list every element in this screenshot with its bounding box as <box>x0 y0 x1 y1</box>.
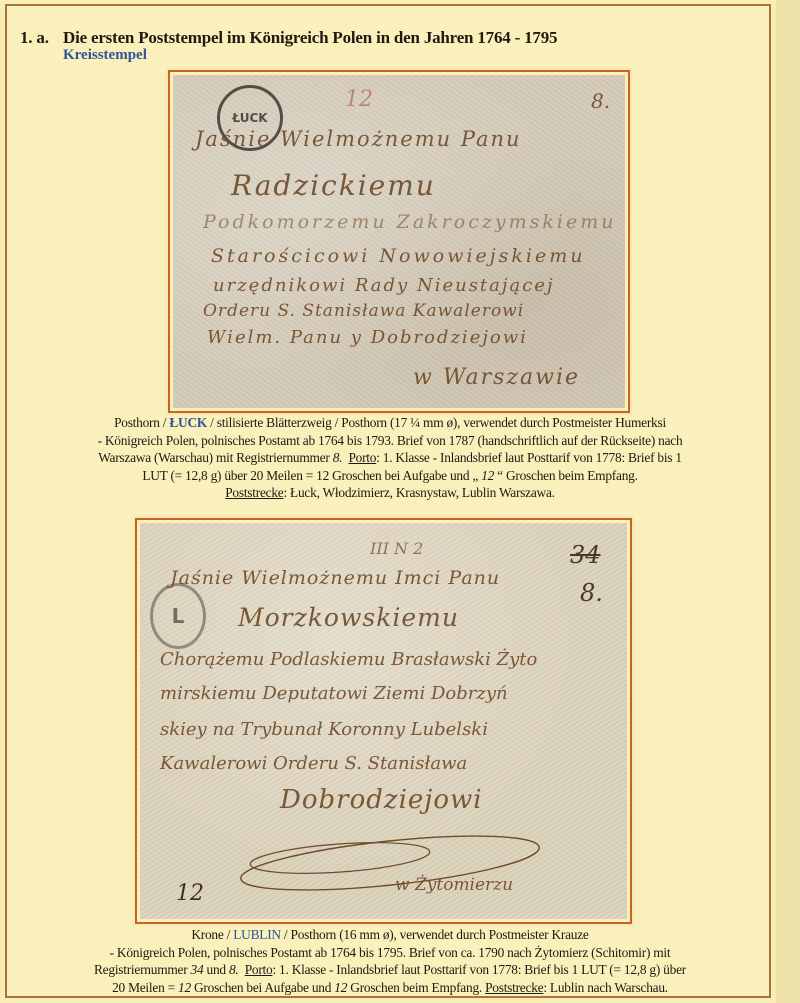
rate-marking-red: 12 <box>345 87 373 112</box>
town-name-lublin: LUBLIN <box>233 927 281 942</box>
address-line: Dobrodziejowi <box>280 785 483 815</box>
registration-number-crossed: 34 <box>570 541 601 569</box>
address-line: Wielm. Panu y Dobrodziejowi <box>207 327 528 348</box>
rate-marking: 12 <box>176 881 204 906</box>
cover-caption-lublin: Krone / LUBLIN / Posthorn (16 mm ø), ver… <box>10 926 770 996</box>
cover-image-luck: ŁUCK 12 8. Jaśnie Wielmożnemu Panu Radzi… <box>168 70 630 413</box>
page-title: 1. a.Die ersten Poststempel im Königreic… <box>20 28 557 48</box>
address-line: Kawalerowi Orderu S. Stanisława <box>160 753 467 774</box>
address-line: Podkomorzemu Zakroczymskiemu <box>203 211 616 233</box>
page-edge-strip <box>776 0 800 1003</box>
registration-number: 8. <box>591 89 610 113</box>
address-line: skiey na Trybunał Koronny Lubelski <box>160 719 488 740</box>
town-name-luck: ŁUCK <box>169 415 207 430</box>
cover-caption-luck: Posthorn / ŁUCK / stilisierte Blätterzwe… <box>10 414 770 502</box>
poststrecke-label: Poststrecke <box>225 485 283 500</box>
address-line: Morzkowskiemu <box>238 603 459 632</box>
registration-number: 8. <box>580 579 603 607</box>
porto-label: Porto <box>245 962 273 977</box>
top-center-marking: III N 2 <box>370 539 423 558</box>
address-line: mirskiemu Deputatowi Ziemi Dobrzyń <box>160 683 508 704</box>
address-line: Jaśnie Wielmożnemu Imci Panu <box>170 567 500 589</box>
address-line: Jaśnie Wielmożnemu Panu <box>195 127 522 151</box>
address-line: Starościcowi Nowowiejskiemu <box>211 245 586 267</box>
address-line: Chorążemu Podlaskiemu Brasławski Żyto <box>160 649 537 670</box>
section-title: Die ersten Poststempel im Königreich Pol… <box>63 28 557 47</box>
address-line: w Żytomierzu <box>395 875 513 895</box>
address-line: urzędnikowi Rady Nieustającej <box>213 275 555 296</box>
address-line: w Warszawie <box>413 365 580 390</box>
section-number: 1. a. <box>20 28 63 48</box>
address-line: Orderu S. Stanisława Kawalerowi <box>203 301 524 321</box>
poststrecke-label: Poststrecke <box>485 980 543 995</box>
flourish-icon <box>220 823 550 913</box>
address-line: Radzickiemu <box>231 169 436 202</box>
envelope-paper: L III N 2 34 8. Jaśnie Wielmożnemu Imci … <box>140 523 627 919</box>
cover-image-lublin: L III N 2 34 8. Jaśnie Wielmożnemu Imci … <box>135 518 632 924</box>
porto-label: Porto <box>348 450 376 465</box>
lublin-postmark-stamp: L <box>150 583 206 649</box>
envelope-paper: ŁUCK 12 8. Jaśnie Wielmożnemu Panu Radzi… <box>173 75 625 408</box>
section-subtitle: Kreisstempel <box>63 47 147 64</box>
